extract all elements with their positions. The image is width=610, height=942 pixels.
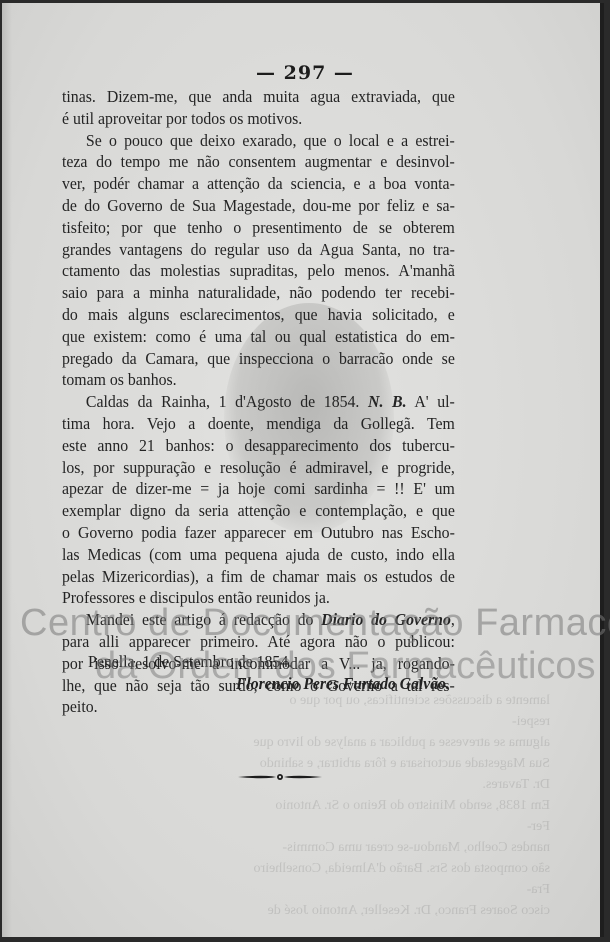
text-line: Se o pouco que deixo exarado, que o loca…: [62, 130, 455, 152]
page-right-edge: [600, 3, 604, 937]
text-line: que existem: como é uma tal ou qual esta…: [62, 326, 455, 348]
text-line: las Medicas (com uma pequena ajuda de cu…: [62, 544, 455, 566]
text-run: Caldas da Rainha, 1 d'Agosto de 1854.: [86, 392, 368, 411]
text-line: apezar de dizer-me = ja hoje comi sardin…: [62, 478, 455, 500]
text-line: saio para a minha naturalidade, não pode…: [62, 282, 455, 304]
nota-bene: N. B.: [368, 392, 407, 411]
page-gutter-shadow: [2, 3, 12, 937]
watermark-line-1: Centro de Documentação Farmacêutica: [20, 602, 610, 645]
bleed-line: nandes Coelho, Mandou-se crear uma Commi…: [250, 837, 550, 858]
text-line: teza do tempo me não consentem augmentar…: [62, 151, 455, 173]
text-line: tinas. Dizem-me, que anda muita agua ext…: [62, 86, 455, 108]
paragraph-2: Se o pouco que deixo exarado, que o loca…: [62, 130, 455, 392]
text-line: pregado da Camara, que inspecciona o bar…: [62, 348, 455, 370]
bleed-line: são composta dos Srs. Barão d'Almeida, C…: [250, 858, 550, 900]
text-line: ver, podér chamar a attenção da sciencia…: [62, 173, 455, 195]
ornament-rule-icon: [238, 772, 322, 782]
text-line: do mais alguns esclarecimentos, que havi…: [62, 304, 455, 326]
paragraph-3: Caldas da Rainha, 1 d'Agosto de 1854. N.…: [62, 391, 455, 609]
text-line: é util aproveitar por todos os motivos.: [62, 108, 455, 130]
bleed-line: Em 1838, sendo Ministro do Reino o Sr. A…: [250, 795, 550, 837]
bleed-line: alguma se atrevesse a publicar a analyse…: [250, 732, 550, 753]
text-line: exemplar digno da seria attenção e conte…: [62, 500, 455, 522]
page-number: — 297 —: [0, 62, 610, 84]
bleed-through-text: lamente a discussões scientificas, ou po…: [250, 690, 550, 921]
text-line: pelas Mizericordias), a fim de chamar ma…: [62, 566, 455, 588]
paragraph-1: tinas. Dizem-me, que anda muita agua ext…: [62, 86, 455, 130]
text-line: este anno 21 banhos: o desapparecimento …: [62, 435, 455, 457]
text-line: tima hora. Vejo a doente, mendiga da Gol…: [62, 413, 455, 435]
text-line: grandes vantagens do regular uso da Agua…: [62, 239, 455, 261]
text-line: ctamento das molestias supraditas, pelo …: [62, 260, 455, 282]
bleed-line: ciscо Soares Franco, Dr. Keseller, Anton…: [250, 900, 550, 921]
bleed-line: Sua Magestade auctorisara e fôra arbitra…: [250, 753, 550, 774]
text-line: peito.: [62, 696, 455, 718]
text-line: o Governo podia fazer apparecer em Outub…: [62, 522, 455, 544]
watermark-line-2: da Ordem dos Farmacêuticos: [95, 645, 596, 688]
text-line: tisfeito; por que tenho o presentimento …: [62, 217, 455, 239]
text-run: A' ul-: [407, 392, 455, 411]
text-line: los, por suppuração e resolução é admira…: [62, 457, 455, 479]
text-line: de do Governo de Sua Magestade, dou-me p…: [62, 195, 455, 217]
text-line: Caldas da Rainha, 1 d'Agosto de 1854. N.…: [62, 391, 455, 413]
text-line: tomam os banhos.: [62, 369, 455, 391]
